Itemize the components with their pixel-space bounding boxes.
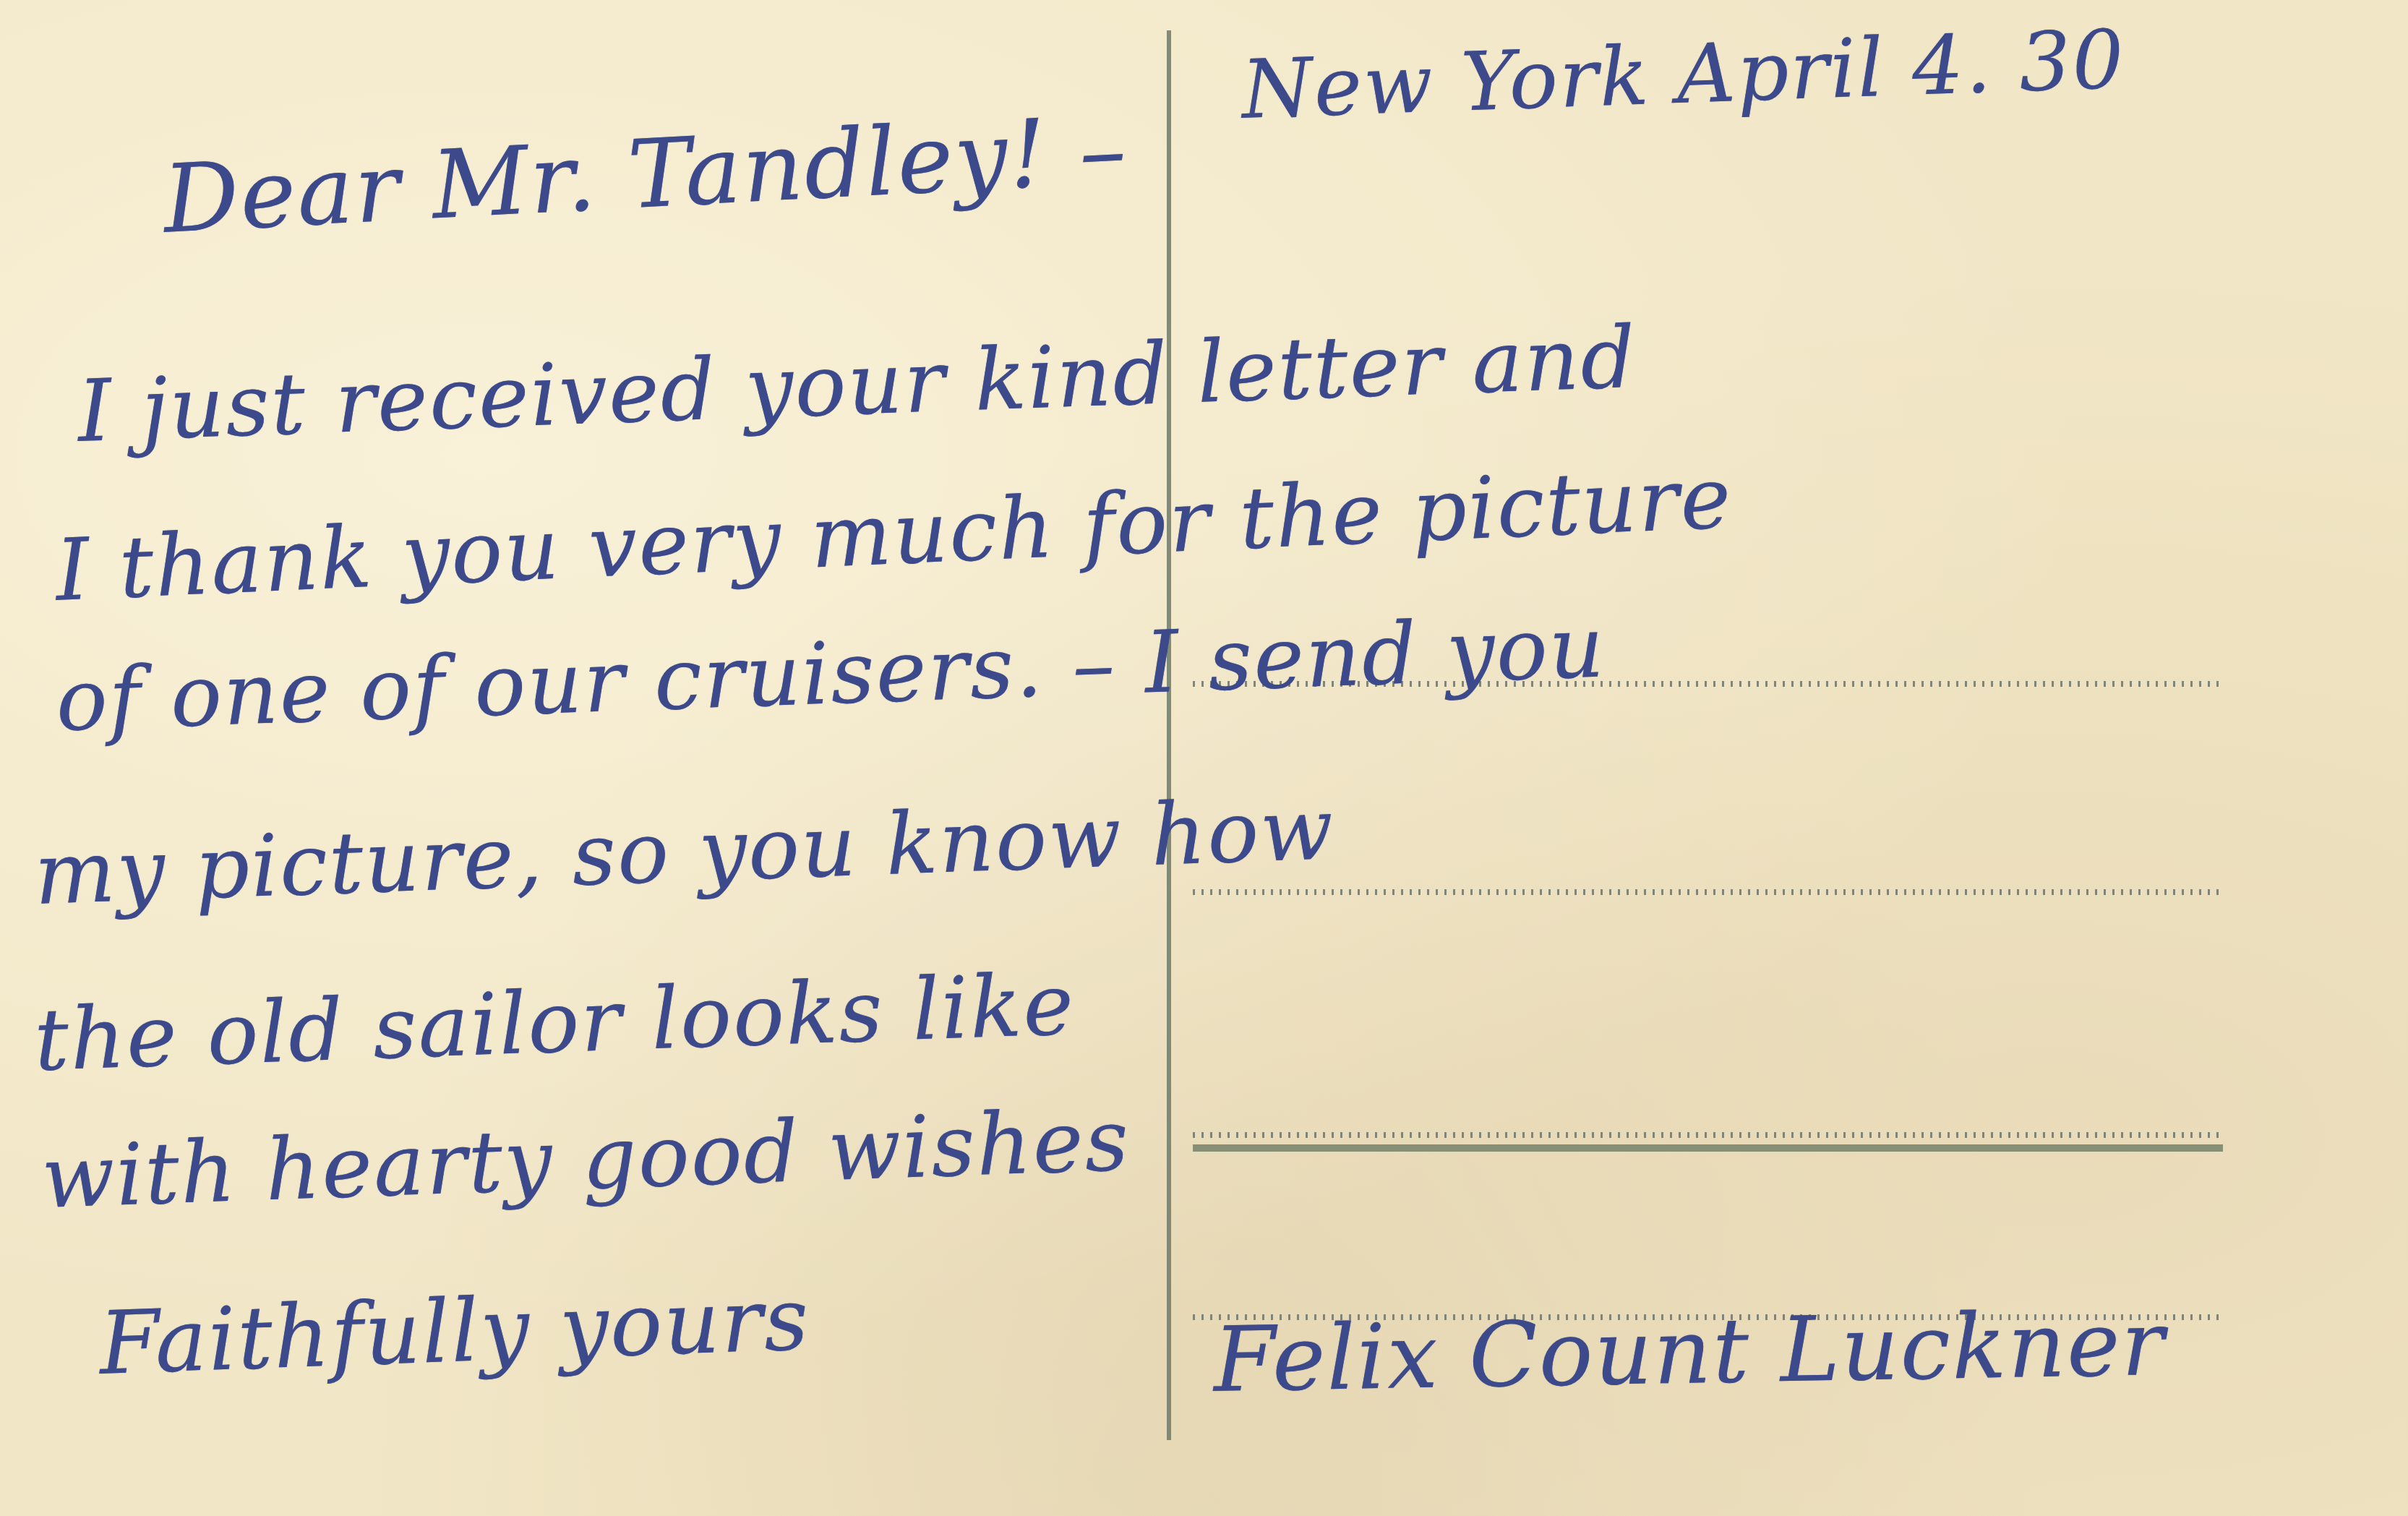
message-line: with hearty good wishes [40, 1090, 1131, 1228]
message-line: I just received your kind letter and [76, 307, 1638, 461]
place-date: New York April 4. 30 [1240, 12, 2127, 137]
message-line: I thank you very much for the picture [53, 447, 1734, 620]
signature: Felix Count Luckner [1212, 1292, 2166, 1413]
address-line-3 [1193, 1132, 2223, 1138]
postcard-back: New York April 4. 30 Dear Mr. Tandley! –… [0, 0, 2408, 1516]
message-line: the old sailor looks like [33, 954, 1076, 1090]
salutation: Dear Mr. Tandley! – [160, 94, 1130, 254]
message-line: my picture, so you know how [33, 779, 1336, 924]
message-line: of one of our cruisers. – I send you [54, 596, 1607, 750]
address-underline-solid [1193, 1144, 2223, 1152]
center-divider-line [1167, 30, 1171, 1440]
closing: Faithfully yours [98, 1269, 811, 1395]
address-line-2 [1193, 889, 2223, 895]
